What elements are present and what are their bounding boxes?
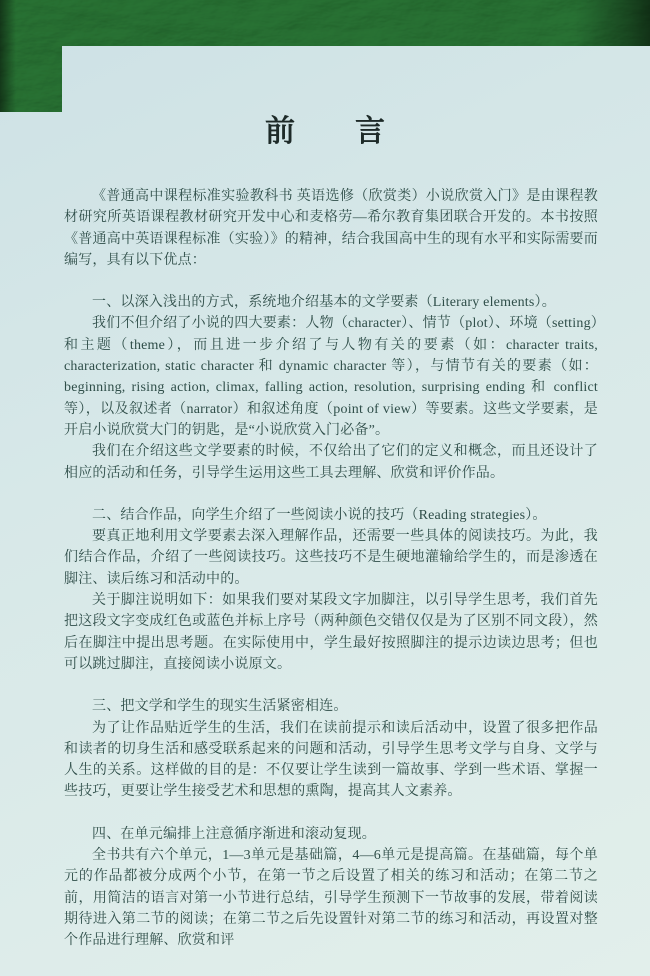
preface-body: 《普通高中课程标准实验教科书 英语选修（欣赏类）小说欣赏入门》是由课程教材研究所… (64, 186, 598, 952)
section-1-paragraph-1: 我们不但介绍了小说的四大要素：人物（character）、情节（plot）、环境… (64, 313, 598, 441)
section-2-heading: 二、结合作品，向学生介绍了一些阅读小说的技巧（Reading strategie… (64, 505, 598, 526)
section-1-heading: 一、以深入浅出的方式，系统地介绍基本的文学要素（Literary element… (64, 292, 598, 313)
section-4-heading: 四、在单元编排上注意循序渐进和滚动复现。 (64, 824, 598, 845)
section-1-paragraph-2: 我们在介绍这些文学要素的时候，不仅给出了它们的定义和概念，而且还设计了相应的活动… (64, 441, 598, 484)
grass-texture-banner (0, 0, 650, 112)
section-3-paragraph-1: 为了让作品贴近学生的生活，我们在读前提示和读后活动中，设置了很多把作品和读者的切… (64, 718, 598, 803)
section-3-heading: 三、把文学和学生的现实生活紧密相连。 (64, 696, 598, 717)
page-title: 前 言 (0, 106, 650, 150)
scanned-book-page: 前 言 《普通高中课程标准实验教科书 英语选修（欣赏类）小说欣赏入门》是由课程教… (0, 0, 650, 976)
section-4-paragraph-1: 全书共有六个单元，1—3单元是基础篇，4—6单元是提高篇。在基础篇，每个单元的作… (64, 845, 598, 951)
section-2-paragraph-1: 要真正地利用文学要素去深入理解作品，还需要一些具体的阅读技巧。为此，我们结合作品… (64, 526, 598, 590)
section-2-paragraph-2: 关于脚注说明如下：如果我们要对某段文字加脚注，以引导学生思考，我们首先把这段文字… (64, 590, 598, 675)
intro-paragraph: 《普通高中课程标准实验教科书 英语选修（欣赏类）小说欣赏入门》是由课程教材研究所… (64, 186, 598, 271)
